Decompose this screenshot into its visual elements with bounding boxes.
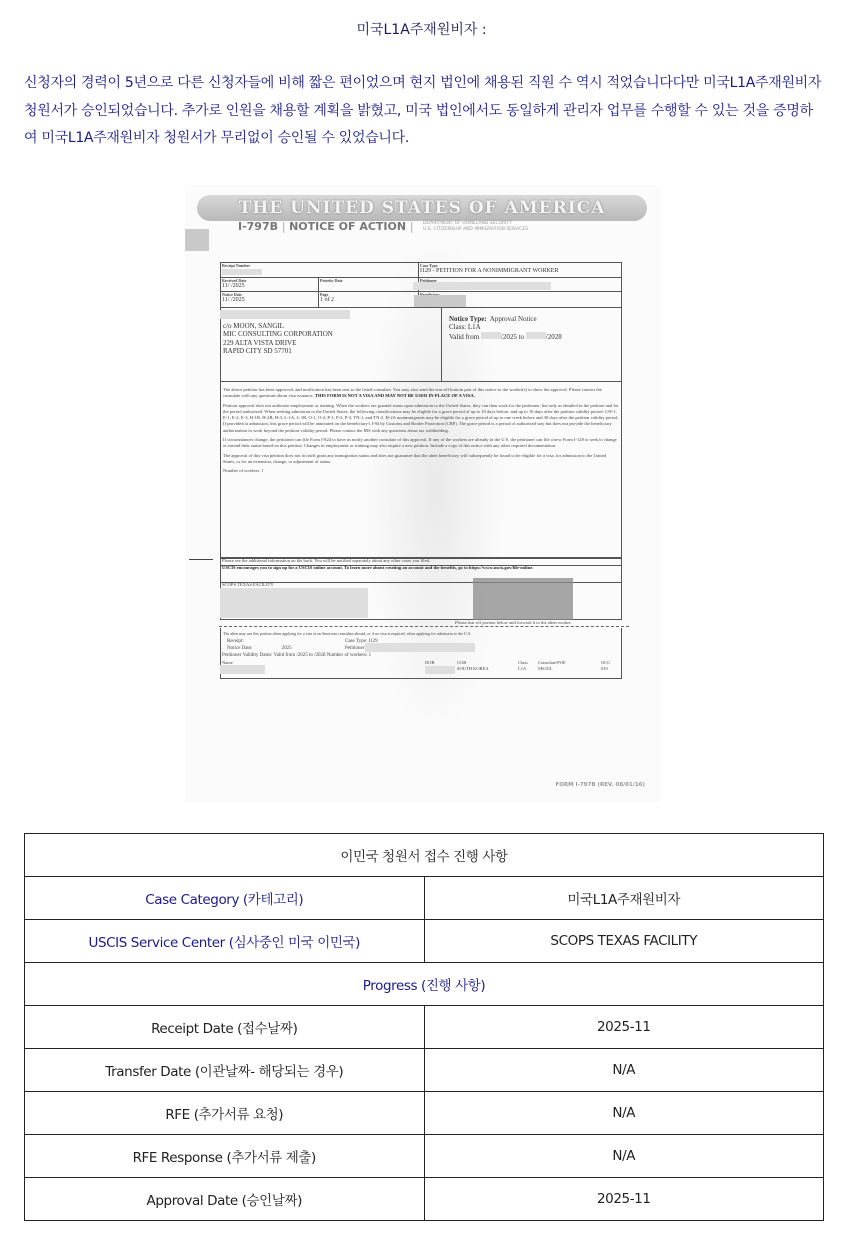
table-row: Receipt Date (접수날짜) 2025-11: [25, 1006, 824, 1049]
redaction-block: [185, 229, 209, 251]
rfe-response-value: N/A: [424, 1135, 824, 1178]
table-row: RFE Response (추가서류 제출) N/A: [25, 1135, 824, 1178]
form-heading: I-797B | NOTICE OF ACTION |: [238, 220, 414, 233]
online-account-text: USCIS encourages you to sign up for a US…: [222, 565, 582, 571]
address-block: c/o MOON, SANGIL MIC CONSULTING CORPORAT…: [223, 322, 333, 355]
form-id: I-797B: [238, 220, 278, 233]
table-row: Approval Date (승인날짜) 2025-11: [25, 1178, 824, 1221]
document-banner: THE UNITED STATES OF AMERICA: [197, 195, 647, 221]
case-type-value: I129 - PETITION FOR A NONIMMIGRANT WORKE…: [420, 268, 558, 274]
department-lines: DEPARTMENT OF HOMELAND SECURITY U.S. CIT…: [423, 221, 528, 232]
intro-paragraph: 신청자의 경력이 5년으로 다른 신청자들에 비해 짧은 편이었으며 현지 법인…: [24, 70, 824, 153]
table-row: Case Category (카테고리) 미국L1A주재원비자: [25, 877, 824, 920]
approval-date-value: 2025-11: [424, 1178, 824, 1221]
received-date-value: 11/ /2025: [222, 283, 245, 289]
rfe-label: RFE (추가서류 요청): [25, 1092, 425, 1135]
notice-date-value: 11/ /2025: [222, 297, 245, 303]
receipt-date-value: 2025-11: [424, 1006, 824, 1049]
form-title: NOTICE OF ACTION: [289, 220, 406, 233]
transfer-date-value: N/A: [424, 1049, 824, 1092]
table-row: USCIS Service Center (심사중인 미국 이민국) SCOPS…: [25, 920, 824, 963]
back-info-text: Please see the additional information on…: [222, 558, 430, 564]
notice-type-block: Notice Type: Approval Notice Class: L1A …: [449, 315, 562, 341]
form-revision: FORM I-797B (REV. 08/01/16): [555, 782, 645, 788]
receipt-date-label: Receipt Date (접수날짜): [25, 1006, 425, 1049]
approval-date-label: Approval Date (승인날짜): [25, 1178, 425, 1221]
case-category-value: 미국L1A주재원비자: [424, 877, 824, 920]
i797-notice-image: THE UNITED STATES OF AMERICA I-797B | NO…: [185, 185, 661, 802]
page-value: 1 of 2: [320, 297, 334, 303]
petition-status-table: 이민국 청원서 접수 진행 사항 Case Category (카테고리) 미국…: [24, 833, 824, 1221]
progress-header: Progress (진행 사항): [25, 963, 824, 1006]
transfer-date-label: Transfer Date (이관날짜- 해당되는 경우): [25, 1049, 425, 1092]
receipt-number-label: Receipt Number: [222, 263, 250, 268]
rfe-response-label: RFE Response (추가서류 제출): [25, 1135, 425, 1178]
table-row: Transfer Date (이관날짜- 해당되는 경우) N/A: [25, 1049, 824, 1092]
service-center-label: USCIS Service Center (심사중인 미국 이민국): [25, 920, 425, 963]
case-category-label: Case Category (카테고리): [25, 877, 425, 920]
notice-body: The above petition has been approved, an…: [223, 387, 619, 475]
table-row: RFE (추가서류 요청) N/A: [25, 1092, 824, 1135]
table-title: 이민국 청원서 접수 진행 사항: [25, 834, 824, 877]
page-title: 미국L1A주재원비자 :: [0, 19, 843, 39]
rfe-value: N/A: [424, 1092, 824, 1135]
table-header-row: 이민국 청원서 접수 진행 사항: [25, 834, 824, 877]
progress-header-row: Progress (진행 사항): [25, 963, 824, 1006]
service-center-value: SCOPS TEXAS FACILITY: [424, 920, 824, 963]
